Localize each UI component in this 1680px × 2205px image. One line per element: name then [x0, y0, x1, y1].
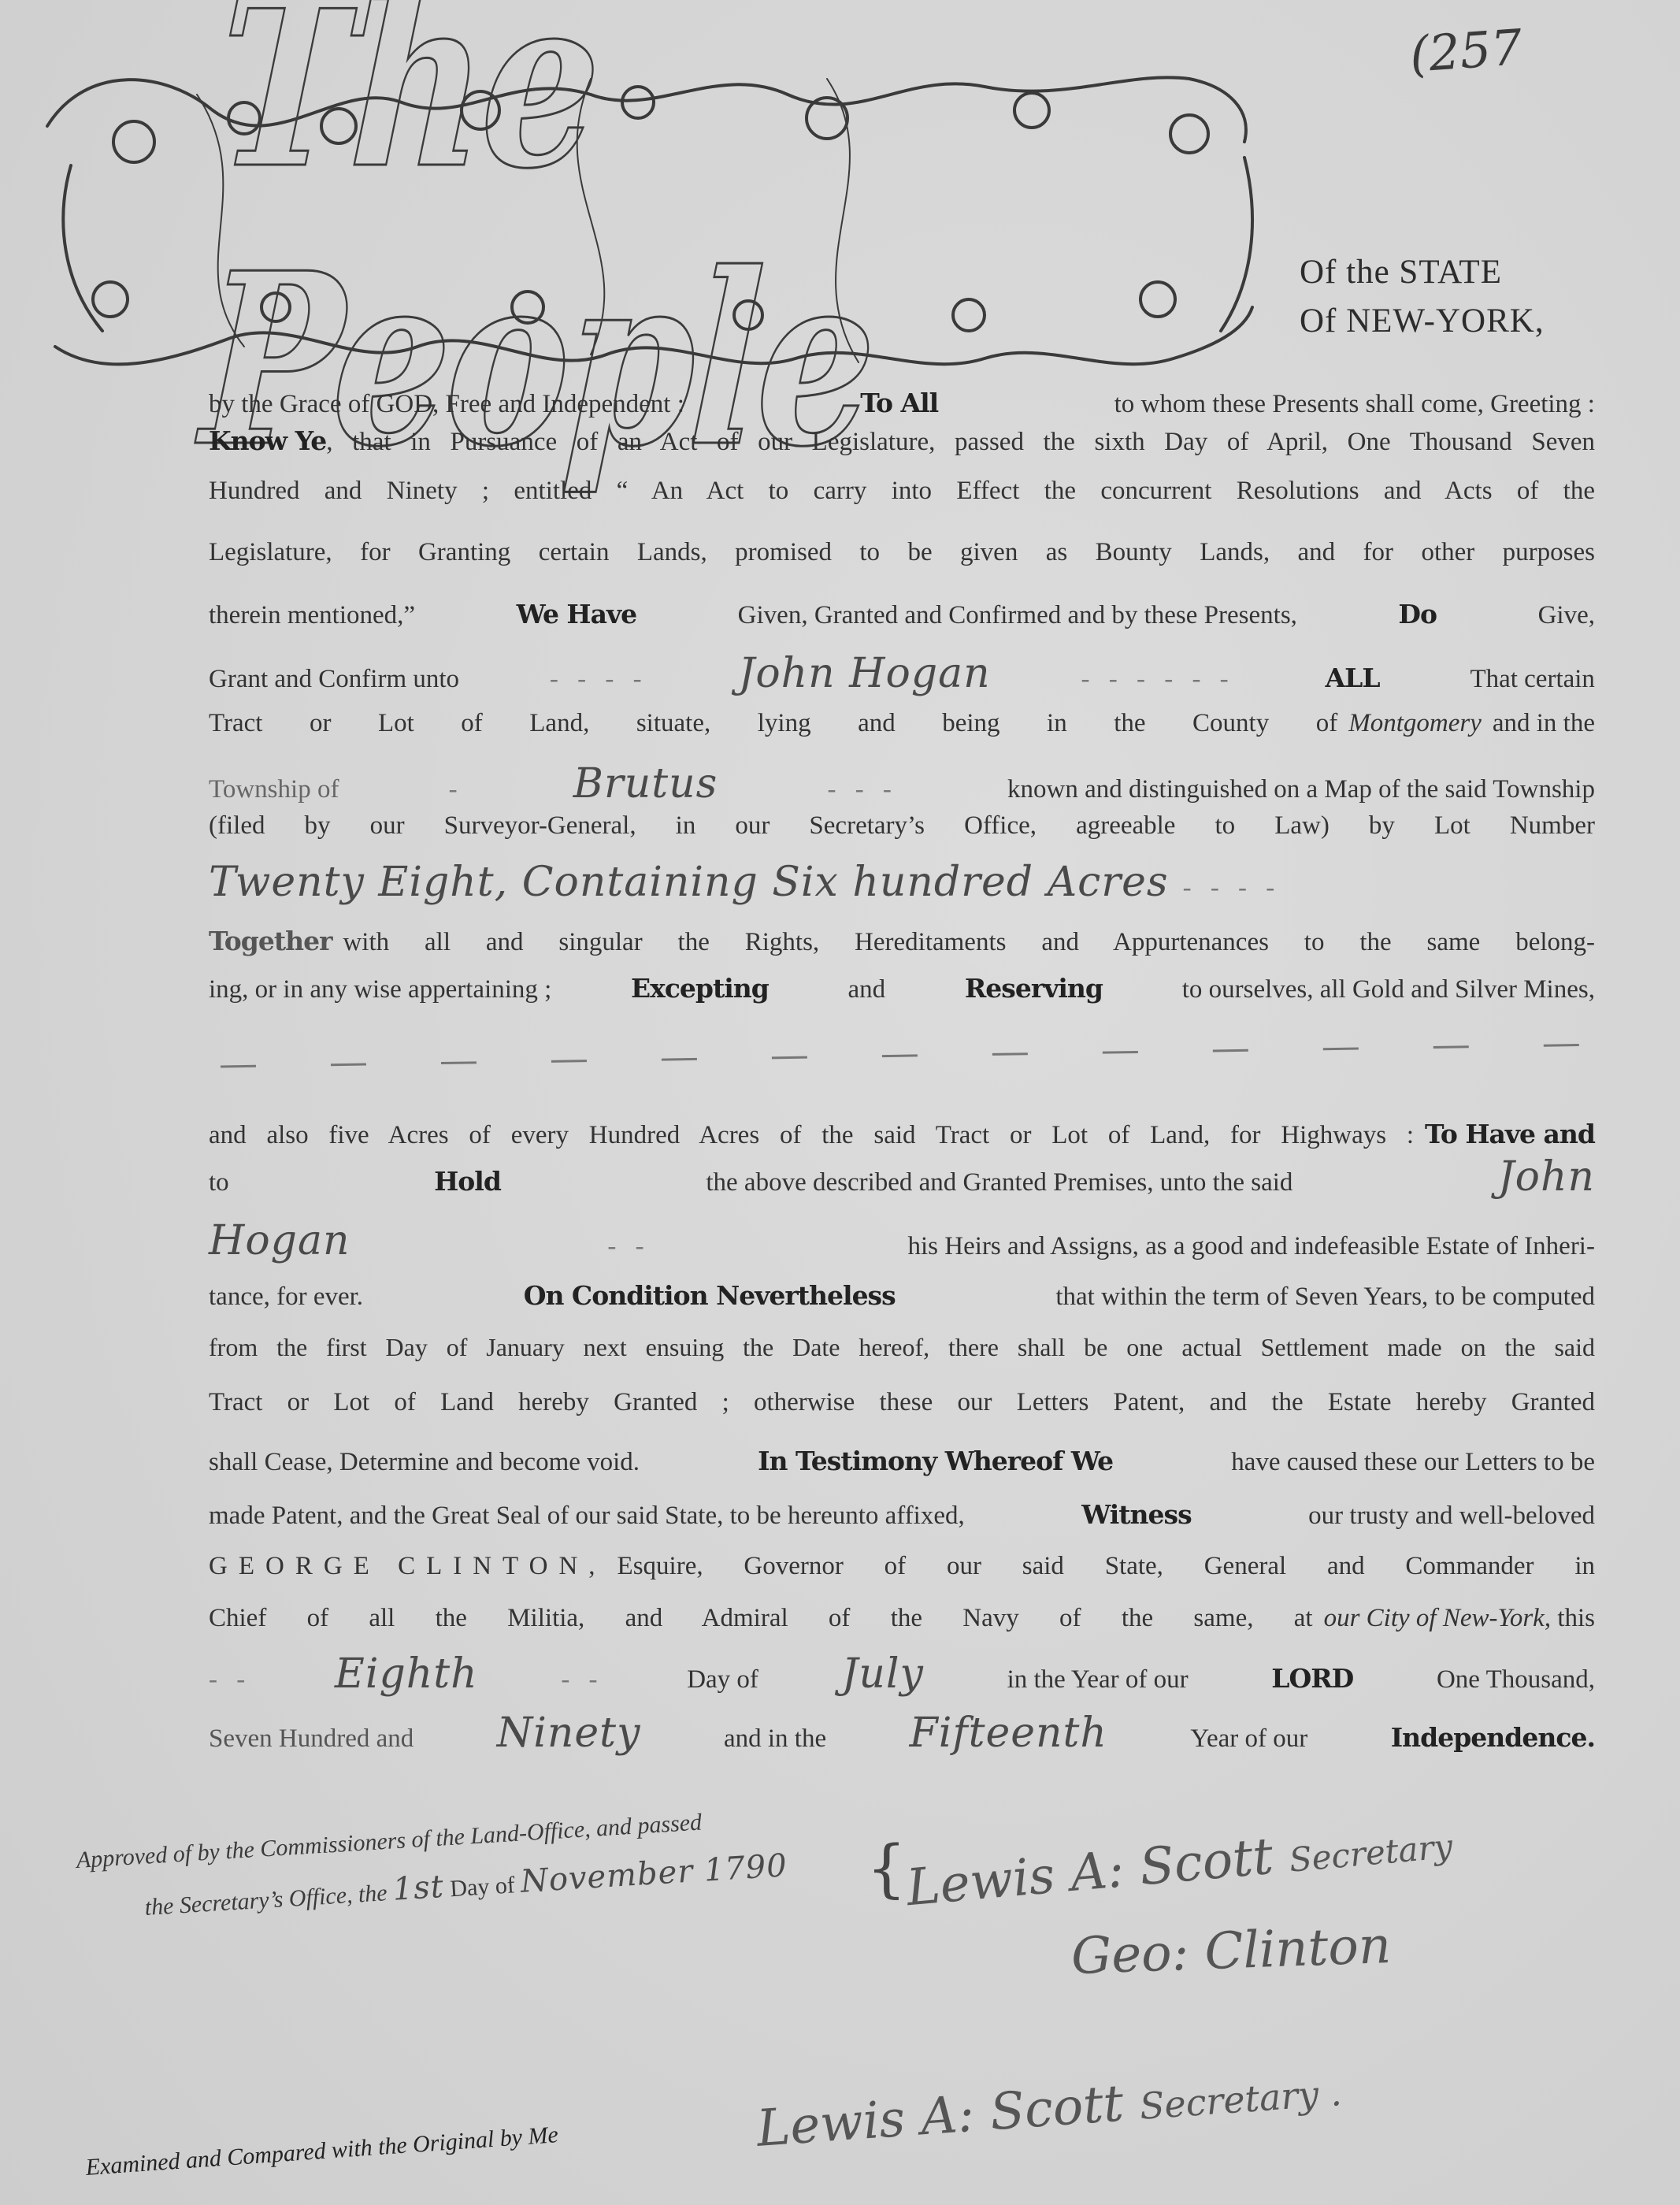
signature-text: Lewis A: Scott — [904, 1828, 1275, 1917]
text-line: made Patent, and the Great Seal of our s… — [209, 1499, 1595, 1531]
text-line: and also five Acres of every Hundred Acr… — [209, 1119, 1595, 1150]
brace-icon: { — [866, 1832, 907, 1905]
text-span: Tract or Lot of Land hereby Granted ; ot… — [209, 1388, 1595, 1417]
blackletter-span: Hold — [434, 1166, 501, 1197]
blackletter-span: Witness — [1081, 1499, 1191, 1530]
fill-dashes: - - — [561, 1665, 603, 1695]
text-span: Tract or Lot of Land, situate, lying and… — [209, 709, 1337, 738]
blackletter-span: ALL — [1326, 663, 1380, 693]
text-span: tance, for ever. — [209, 1283, 363, 1312]
text-span: with all and singular the Rights, Heredi… — [343, 928, 1595, 957]
city-name: our City of New-York — [1324, 1604, 1545, 1633]
text-span: the Secretary’s Office, the — [144, 1880, 388, 1921]
township-name-handwritten: Brutus — [573, 760, 718, 807]
text-span: That certain — [1470, 665, 1595, 694]
fill-dashes: - - - - — [550, 665, 648, 694]
text-span: Chief of all the Militia, and Admiral of… — [209, 1604, 1313, 1633]
governor-signature: Geo: Clinton — [1070, 1917, 1392, 1986]
text-line: tance, for ever. On Condition Neverthele… — [209, 1280, 1595, 1312]
text-line: Seven Hundred and Ninety and in the Fift… — [209, 1709, 1595, 1757]
text-span: Legislature, for Granting certain Lands,… — [209, 538, 1595, 567]
text-line: Hundred and Ninety ; entitled “ An Act t… — [209, 477, 1595, 506]
text-line: Together with all and singular the Right… — [209, 926, 1595, 957]
text-span: by the Grace of GOD, Free and Independen… — [209, 390, 684, 419]
text-span: Given, Granted and Confirmed and by thes… — [738, 601, 1297, 630]
text-line: Legislature, for Granting certain Lands,… — [209, 538, 1595, 567]
examined-label: Examined and Compared with the Original … — [85, 2121, 559, 2181]
text-line: (filed by our Surveyor-General, in our S… — [209, 811, 1595, 841]
text-span: and — [848, 975, 886, 1004]
signature-text: Lewis A: Scott — [755, 2074, 1126, 2158]
text-line: Hogan - - his Heirs and Assigns, as a go… — [209, 1217, 1595, 1264]
county-name: Montgomery — [1348, 709, 1482, 738]
year-handwritten: Ninety — [497, 1709, 641, 1757]
blackletter-span: On Condition Nevertheless — [524, 1280, 896, 1311]
text-span: Grant and Confirm unto — [209, 665, 459, 694]
ornamental-banner: The People — [39, 47, 1268, 386]
secretary-signature: Lewis A: Scott Secretary — [904, 1812, 1455, 1917]
fill-dashes: - - - - — [1183, 874, 1281, 903]
text-span: , that in Pursuance of an Act of our Leg… — [326, 428, 1595, 457]
text-span: ing, or in any wise appertaining ; — [209, 975, 551, 1004]
text-span: made Patent, and the Great Seal of our s… — [209, 1502, 965, 1531]
text-span: and in the — [1493, 709, 1595, 738]
approval-date-handwritten: November 1790 — [520, 1847, 788, 1900]
text-line: therein mentioned,” We Have Given, Grant… — [209, 599, 1595, 630]
blackletter-span: In Testimony Whereof We — [758, 1446, 1113, 1476]
signature-title: Secretary — [1288, 1827, 1454, 1880]
text-span: Day of — [687, 1665, 758, 1695]
text-line: - - Eighth - - Day of July in the Year o… — [209, 1650, 1595, 1698]
blackletter-span: Together — [209, 926, 332, 956]
text-span: to ourselves, all Gold and Silver Mines, — [1182, 975, 1595, 1004]
approval-day-handwritten: 1st — [391, 1869, 445, 1908]
month-handwritten: July — [842, 1650, 924, 1698]
text-span: Give, — [1538, 601, 1595, 630]
text-span: and in the — [724, 1724, 826, 1754]
fill-dashes: - - - — [827, 775, 897, 804]
state-heading-line-2: Of NEW-YORK, — [1300, 297, 1545, 346]
text-span: from the first Day of January next ensui… — [209, 1333, 1595, 1362]
text-span: his Heirs and Assigns, as a good and ind… — [908, 1232, 1595, 1261]
fill-dashes: - - - - - - — [1081, 665, 1234, 694]
text-span: Year of our — [1190, 1724, 1307, 1754]
grantee-name-handwritten: John Hogan — [739, 650, 991, 697]
blackletter-span: Independence. — [1391, 1722, 1595, 1753]
page-number: (257 — [1408, 18, 1524, 84]
fill-dashes: - - — [209, 1665, 251, 1695]
state-heading: Of the STATE Of NEW-YORK, — [1300, 248, 1545, 346]
text-line: Township of - Brutus - - - known and dis… — [209, 760, 1595, 807]
text-line: Chief of all the Militia, and Admiral of… — [209, 1604, 1595, 1633]
text-span: in the Year of our — [1007, 1665, 1189, 1695]
lot-description-handwritten: Twenty Eight, Containing Six hundred Acr… — [209, 859, 1169, 906]
blackletter-span: Do — [1398, 599, 1437, 629]
day-handwritten: Eighth — [335, 1650, 478, 1698]
text-span: and also five Acres of every Hundred Acr… — [209, 1121, 1414, 1150]
text-span: (filed by our Surveyor-General, in our S… — [209, 811, 1595, 841]
text-span: that within the term of Seven Years, to … — [1055, 1283, 1595, 1312]
text-span: have caused these our Letters to be — [1231, 1448, 1595, 1477]
text-span: known and distinguished on a Map of the … — [1007, 775, 1595, 804]
banner-title: The People — [204, 79, 1104, 362]
text-line: Grant and Confirm unto - - - - John Hoga… — [209, 650, 1595, 697]
text-line: shall Cease, Determine and become void. … — [209, 1446, 1595, 1477]
text-span: Township of — [209, 775, 339, 804]
blackletter-span: We Have — [517, 599, 637, 629]
grantee-last-name-handwritten: Hogan — [209, 1217, 350, 1264]
text-span: , this — [1545, 1604, 1595, 1633]
governor-name: GEORGE CLINTON, — [209, 1552, 606, 1581]
text-span: our trusty and well-beloved — [1308, 1502, 1595, 1531]
independence-year-handwritten: Fifteenth — [910, 1709, 1107, 1757]
text-line: Know Ye , that in Pursuance of an Act of… — [209, 425, 1595, 457]
text-line: from the first Day of January next ensui… — [209, 1333, 1595, 1362]
blackletter-span: Reserving — [965, 973, 1103, 1004]
text-line: Tract or Lot of Land, situate, lying and… — [209, 709, 1595, 738]
text-span: One Thousand, — [1437, 1665, 1595, 1695]
text-span: to whom these Presents shall come, Greet… — [1114, 390, 1595, 419]
text-span: shall Cease, Determine and become void. — [209, 1448, 640, 1477]
blackletter-span: To All — [860, 388, 938, 418]
signature-title: Secretary . — [1138, 2071, 1343, 2128]
text-line: by the Grace of GOD, Free and Independen… — [209, 388, 1595, 419]
text-span: Esquire, Governor of our said State, Gen… — [617, 1552, 1595, 1581]
dashed-separator — [221, 1040, 1607, 1071]
text-line: Twenty Eight, Containing Six hundred Acr… — [209, 859, 1595, 906]
fill-dashes: - — [449, 775, 464, 804]
text-span: therein mentioned,” — [209, 601, 415, 630]
text-span: Seven Hundred and — [209, 1724, 414, 1754]
text-span: Day of — [449, 1872, 515, 1902]
examined-signature: Lewis A: Scott Secretary . — [755, 2059, 1343, 2159]
fill-dashes: - - — [607, 1232, 650, 1261]
text-line: Tract or Lot of Land hereby Granted ; ot… — [209, 1388, 1595, 1417]
text-line: ing, or in any wise appertaining ; Excep… — [209, 973, 1595, 1004]
grantee-first-name-handwritten: John — [1498, 1153, 1595, 1201]
text-line: to Hold the above described and Granted … — [209, 1166, 1595, 1201]
text-span: to — [209, 1168, 229, 1197]
blackletter-span: Excepting — [631, 973, 769, 1004]
blackletter-span: To Have and — [1425, 1119, 1595, 1149]
text-line: GEORGE CLINTON, Esquire, Governor of our… — [209, 1552, 1595, 1581]
blackletter-span: Know Ye — [209, 425, 326, 456]
state-heading-line-1: Of the STATE — [1300, 248, 1545, 297]
text-span: Hundred and Ninety ; entitled “ An Act t… — [209, 477, 1595, 506]
blackletter-span: LORD — [1271, 1663, 1353, 1694]
text-span: the above described and Granted Premises… — [706, 1168, 1292, 1197]
